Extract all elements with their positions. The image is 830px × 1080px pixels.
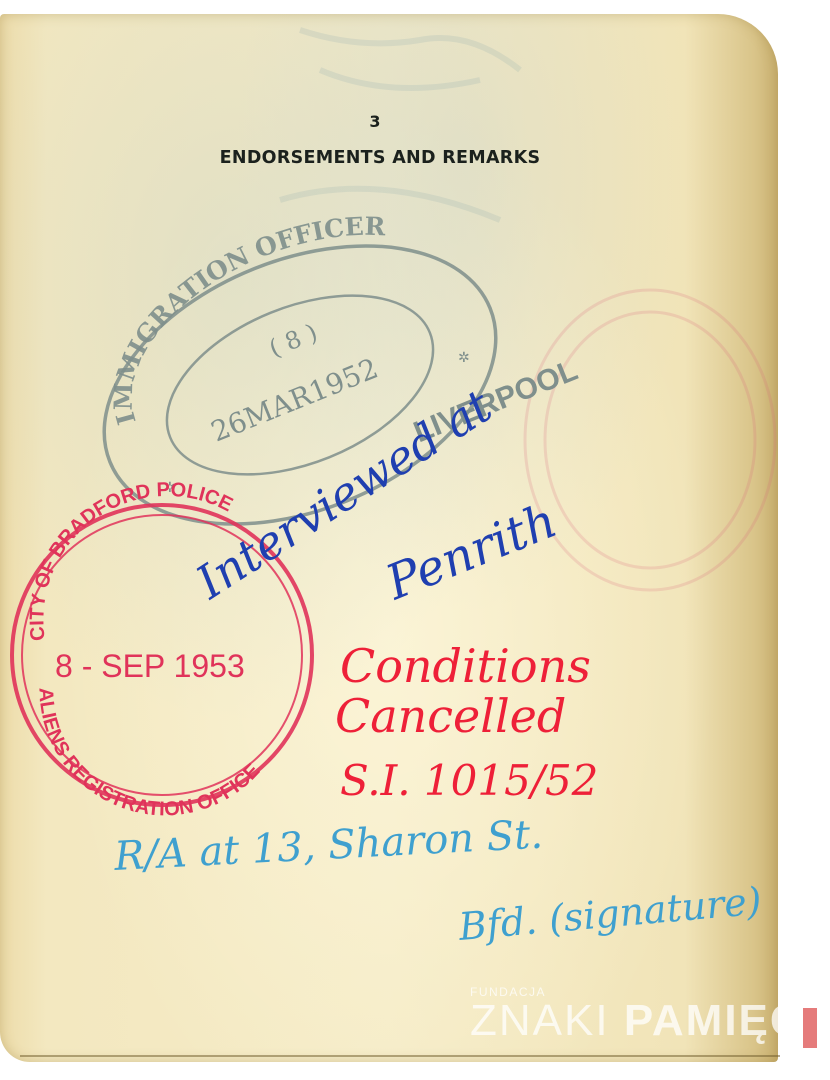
bradford-stamp-bottom-text: ALIENS REGISTRATION OFFICE	[34, 687, 264, 820]
watermark-word-2: PAMIĘCI	[624, 996, 818, 1045]
handwriting-address: R/A at 13, Sharon St.	[112, 812, 544, 880]
watermark-word-1: ZNAKI	[470, 996, 610, 1045]
immigration-stamp-code: ( 8 )	[265, 318, 321, 362]
handwriting-conditions: Conditions	[340, 639, 591, 693]
handwriting-penrith: Penrith	[378, 493, 565, 612]
handwriting-cancelled: Cancelled	[335, 689, 566, 743]
foundation-watermark: FUNDACJA ZNAKI PAMIĘCI	[470, 985, 818, 1043]
light-blue-handwriting: R/A at 13, Sharon St. Bfd. (signature)	[112, 812, 763, 949]
red-handwriting: Conditions Cancelled S.I. 1015/52	[335, 639, 598, 805]
immigration-stamp-date: 26MAR1952	[206, 352, 382, 449]
faint-blue-stamp	[280, 30, 520, 220]
handwriting-si-reference: S.I. 1015/52	[340, 756, 598, 805]
ornament-icon: ✲	[458, 350, 470, 366]
stamps-and-ink-layer: IMMIGRATION OFFICER ( 8 ) 26MAR1952 LIVE…	[0, 0, 830, 1080]
bradford-stamp-date: 8 - SEP 1953	[55, 648, 245, 684]
handwriting-signature: Bfd. (signature)	[456, 879, 763, 949]
watermark-accent-bar	[803, 1008, 817, 1048]
